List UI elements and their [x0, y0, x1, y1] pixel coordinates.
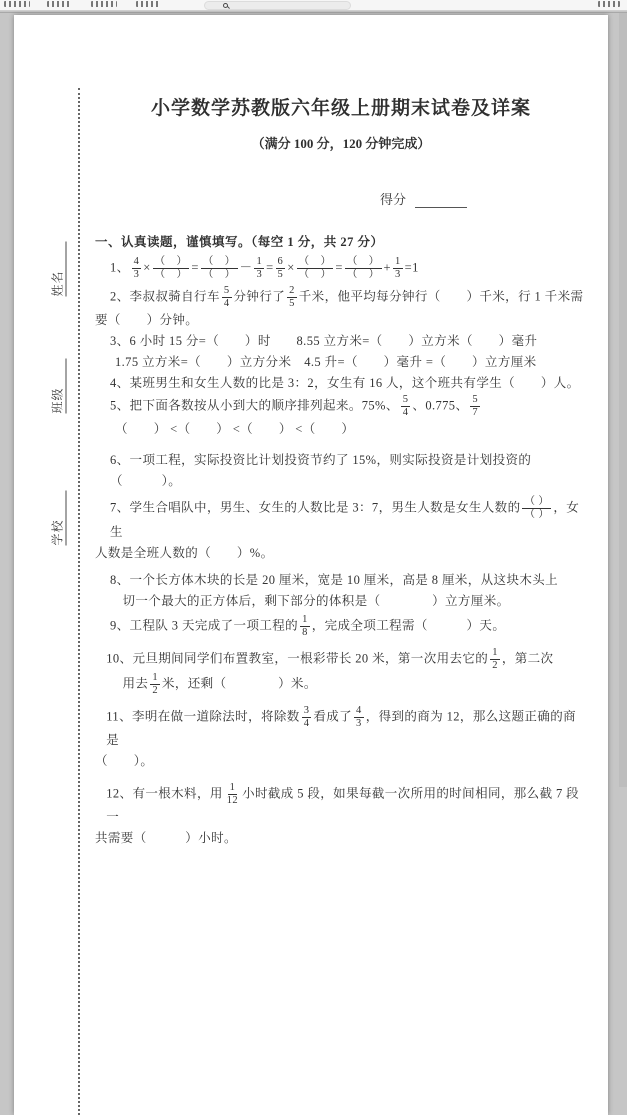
question: 2、李叔叔骑自行车54分钟行了25千米，他平均每分钟行（ ）千米，行 1 千米需… [95, 285, 587, 331]
question: 1、43×（ ）（ ）=（ ）（ ）－13=65×（ ）（ ）=（ ）（ ）+1… [95, 256, 587, 281]
fraction: 25 [287, 285, 297, 310]
score-row: 得分 [380, 189, 587, 208]
score-label: 得分 [380, 189, 406, 208]
search-bar[interactable] [204, 1, 351, 10]
margin-label-school: 学校 [51, 491, 67, 546]
question-line: （ ） <（ ） <（ ） <（ ） [95, 419, 587, 440]
fraction: （ ）（ ） [345, 256, 382, 281]
question-line: 人数是全班人数的（ ）%。 [95, 543, 587, 564]
question: 11、李明在做一道除法时，将除数34看成了43，得到的商为 12，那么这题正确的… [95, 705, 587, 772]
question: 7、学生合唱队中，男生、女生的人数比是 3：7，男生人数是女生人数的（ ）（ ）… [95, 496, 587, 563]
question-list: 1、43×（ ）（ ）=（ ）（ ）－13=65×（ ）（ ）=（ ）（ ）+1… [95, 256, 587, 787]
question-line: 2、李叔叔骑自行车54分钟行了25千米，他平均每分钟行（ ）千米，行 1 千米需 [95, 285, 587, 310]
question: 3、6 小时 15 分=（ ）时 8.55 立方米=（ ）立方米（ ）毫升1.7… [95, 331, 587, 373]
binding-dotted-line [78, 88, 80, 787]
margin-label-school-text: 学校 [49, 519, 66, 545]
margin-label-name: 姓名 [51, 242, 67, 297]
question-line: 1.75 立方米=（ ）立方分米 4.5 升=（ ）毫升 =（ ）立方厘米 [95, 352, 587, 373]
fraction: 18 [300, 614, 310, 639]
question-line: 要（ ）分钟。 [95, 310, 587, 331]
margin-label-class: 班级 [51, 359, 67, 414]
fraction: 12 [150, 672, 160, 697]
fraction: （ ）（ ） [522, 496, 551, 521]
menu-item-fragment[interactable] [4, 1, 30, 7]
question: 5、把下面各数按从小到大的顺序排列起来。75%、54、0.775、57（ ） <… [95, 394, 587, 440]
fraction: 43 [132, 256, 142, 281]
menu-item-fragment[interactable] [136, 1, 160, 7]
fraction: 34 [302, 705, 312, 730]
fraction: 112 [225, 782, 240, 787]
paper-subtitle: （满分 100 分，120 分钟完成） [95, 133, 587, 152]
document-page: 姓名 班级 学校 小学数学苏教版六年级上册期末试卷及详案 （满分 100 分，1… [14, 15, 608, 787]
question-line: 1、43×（ ）（ ）=（ ）（ ）－13=65×（ ）（ ）=（ ）（ ）+1… [95, 256, 587, 281]
question-line: 7、学生合唱队中，男生、女生的人数比是 3：7，男生人数是女生人数的（ ）（ ）… [95, 496, 587, 542]
question-line: 9、工程队 3 天完成了一项工程的18，完成全项工程需（ ）天。 [95, 614, 587, 639]
menu-item-fragment[interactable] [47, 1, 72, 7]
question-line: 3、6 小时 15 分=（ ）时 8.55 立方米=（ ）立方米（ ）毫升 [95, 331, 587, 352]
question: 12、有一根木料，用112小时截成 5 段，如果每截一次所用的时间相同，那么截 … [95, 782, 587, 787]
question-line: 4、某班男生和女生人数的比是 3：2，女生有 16 人，这个班共有学生（ ）人。 [95, 373, 587, 394]
paper-title: 小学数学苏教版六年级上册期末试卷及详案 [95, 93, 587, 120]
fraction: 54 [222, 285, 232, 310]
question-line: 6、一项工程，实际投资比计划投资节约了 15%，则实际投资是计划投资的（ ）。 [95, 450, 587, 492]
menu-bar [0, 0, 627, 11]
margin-label-name-text: 姓名 [49, 270, 66, 296]
question: 9、工程队 3 天完成了一项工程的18，完成全项工程需（ ）天。 [95, 614, 587, 639]
fraction: （ ）（ ） [153, 256, 190, 281]
question-line: 8、一个长方体木块的长是 20 厘米，宽是 10 厘米，高是 8 厘米，从这块木… [95, 570, 587, 591]
fraction: 13 [393, 256, 403, 281]
paper-content: 小学数学苏教版六年级上册期末试卷及详案 （满分 100 分，120 分钟完成） … [95, 15, 587, 787]
question-line: 12、有一根木料，用112小时截成 5 段，如果每截一次所用的时间相同，那么截 … [95, 782, 587, 787]
fraction: 13 [254, 256, 264, 281]
question: 10、元旦期间同学们布置教室，一根彩带长 20 米，第一次用去它的12，第二次用… [95, 647, 587, 697]
margin-label-class-text: 班级 [49, 387, 66, 413]
fraction: 65 [276, 256, 286, 281]
section-heading: 一、认真读题，谨慎填写。（每空 1 分，共 27 分） [95, 232, 587, 250]
question: 6、一项工程，实际投资比计划投资节约了 15%，则实际投资是计划投资的（ ）。 [95, 450, 587, 492]
fraction: 12 [490, 647, 500, 672]
question: 4、某班男生和女生人数的比是 3：2，女生有 16 人，这个班共有学生（ ）人。 [95, 373, 587, 394]
question-line: 5、把下面各数按从小到大的顺序排列起来。75%、54、0.775、57 [95, 394, 587, 419]
fraction: （ ）（ ） [201, 256, 238, 281]
menu-item-fragment[interactable] [598, 1, 620, 7]
search-icon [223, 3, 228, 8]
question-line: 用去12米，还剩（ ）米。 [95, 672, 587, 697]
document-canvas[interactable]: 姓名 班级 学校 小学数学苏教版六年级上册期末试卷及详案 （满分 100 分，1… [0, 12, 627, 787]
fraction: 43 [354, 705, 364, 730]
fraction: 54 [401, 394, 411, 419]
question-line: （ ）。 [95, 751, 587, 772]
question-line: 11、李明在做一道除法时，将除数34看成了43，得到的商为 12，那么这题正确的… [95, 705, 587, 751]
question-line: 10、元旦期间同学们布置教室，一根彩带长 20 米，第一次用去它的12，第二次 [95, 647, 587, 672]
question: 8、一个长方体木块的长是 20 厘米，宽是 10 厘米，高是 8 厘米，从这块木… [95, 570, 587, 612]
menu-item-fragment[interactable] [91, 1, 117, 7]
fraction: （ ）（ ） [297, 256, 334, 281]
fraction: 57 [470, 394, 480, 419]
score-blank-line [415, 197, 467, 208]
question-line: 切一个最大的正方体后，剩下部分的体积是（ ）立方厘米。 [95, 591, 587, 612]
